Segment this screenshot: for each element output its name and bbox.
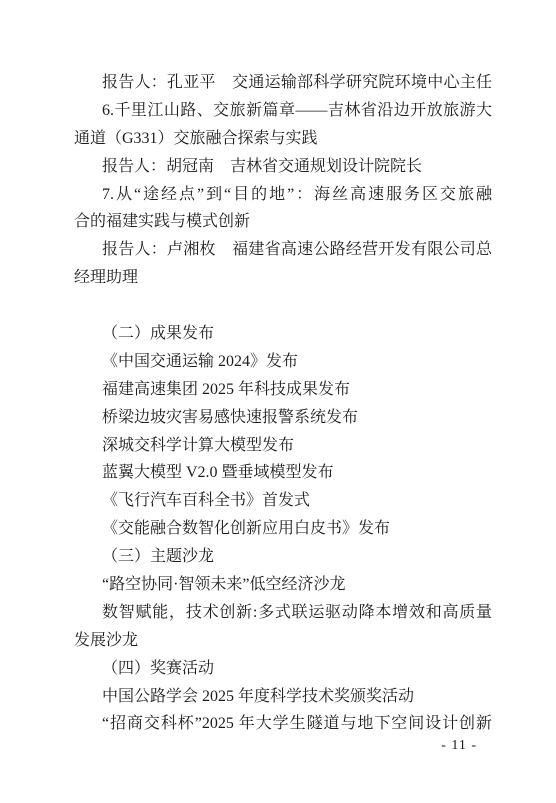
section-heading: （四）奖赛活动 — [74, 655, 492, 683]
text-line: 桥梁边坡灾害易感快速报警系统发布 — [74, 404, 492, 432]
page-number: - 11 - — [441, 738, 477, 754]
blank-line — [74, 292, 492, 320]
section-heading: （三）主题沙龙 — [74, 543, 492, 571]
text-line: 7.从“途经点”到“目的地”：海丝高速服务区交旅融 — [74, 181, 492, 209]
text-line: 《交能融合数智化创新应用白皮书》发布 — [74, 515, 492, 543]
text-line: 合的福建实践与模式创新 — [74, 208, 492, 236]
text-line: 福建高速集团 2025 年科技成果发布 — [74, 376, 492, 404]
text-line: 《中国交通运输 2024》发布 — [74, 348, 492, 376]
document-page: 报告人：孔亚平 交通运输部科学研究院环境中心主任6.千里江山路、交旅新篇章——吉… — [0, 0, 556, 803]
text-line: 通道（G331）交旅融合探索与实践 — [74, 125, 492, 153]
text-line: 经理助理 — [74, 264, 492, 292]
section-heading: （二）成果发布 — [74, 320, 492, 348]
text-line: “路空协同·智领未来”低空经济沙龙 — [74, 571, 492, 599]
text-line: 报告人：卢湘枚 福建省高速公路经营开发有限公司总 — [74, 236, 492, 264]
text-line: 发展沙龙 — [74, 627, 492, 655]
text-line: 《飞行汽车百科全书》首发式 — [74, 487, 492, 515]
text-line: 数智赋能，技术创新:多式联运驱动降本增效和高质量 — [74, 599, 492, 627]
text-line: 报告人：胡冠南 吉林省交通规划设计院院长 — [74, 153, 492, 181]
text-line: 蓝翼大模型 V2.0 暨垂域模型发布 — [74, 459, 492, 487]
text-line: “招商交科杯”2025 年大学生隧道与地下空间设计创新 — [74, 710, 492, 738]
text-line: 中国公路学会 2025 年度科学技术奖颁奖活动 — [74, 683, 492, 711]
document-body: 报告人：孔亚平 交通运输部科学研究院环境中心主任6.千里江山路、交旅新篇章——吉… — [74, 69, 492, 738]
text-line: 报告人：孔亚平 交通运输部科学研究院环境中心主任 — [74, 69, 492, 97]
text-line: 深城交科学计算大模型发布 — [74, 432, 492, 460]
text-line: 6.千里江山路、交旅新篇章——吉林省沿边开放旅游大 — [74, 97, 492, 125]
